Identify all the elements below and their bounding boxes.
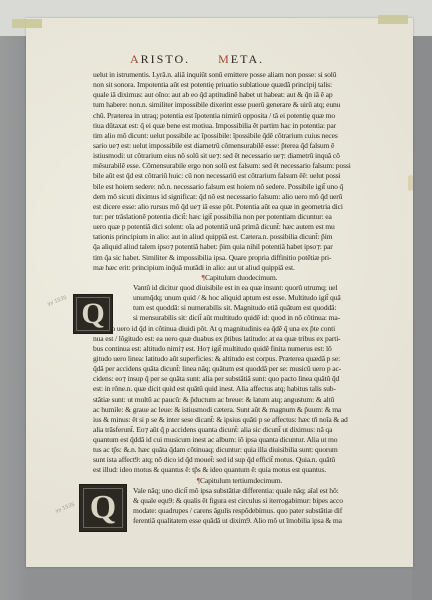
text-line: stãtiæ sunt: ut multũ ac paucũ: & p̃duct…: [93, 395, 376, 405]
text-line: est dicere esse: alio rursus mõ q̃d ue⁊ …: [93, 202, 376, 212]
running-head: ARISTO.META.: [130, 52, 330, 67]
text-line: bus continua est: altitudo nimi⁊ est. Ho…: [93, 344, 376, 354]
text-line: tim q̃a sic habet. Similiter & impossibi…: [93, 253, 376, 263]
text-line: tationis principium in alio: aut in aliu…: [93, 232, 376, 242]
chapter-12-heading: ¶Capitulum duodecimum.: [93, 273, 376, 283]
text-line: uero quæ p potentiã dici solent: oĩa ad …: [93, 222, 376, 232]
text-line: est: in rõne.n. quæ dicit quid est quãtũ…: [93, 384, 376, 394]
text-line: alia trãsferunt̃. Eo⁊ aũt q̃ p accidens …: [93, 425, 376, 435]
text-line: chũ. Præterea in utraq; potentia est ĩpo…: [93, 111, 376, 121]
text-line: tum habere: non.n. similiter impossibile…: [93, 100, 376, 110]
text-line: est illud: ideo motus & quantus ẽ: tp̃s …: [93, 465, 376, 475]
text-line: mæ hæc erit: principium inq̃uã mutãdi in…: [93, 263, 376, 273]
running-head-initial-right: M: [218, 52, 231, 66]
body-text: uelut in istrumentis. Lyrã.n. aliã inqui…: [93, 70, 376, 526]
text-line: istiusmodi: ut cõtrarium eius nõ solũ si…: [93, 151, 376, 161]
text-line: mẽsurabilẽ esse. Cõmensurabile ergo non …: [93, 161, 376, 171]
text-line: tim alio mõ dicunt: uelut possibile ac ĩ…: [93, 131, 376, 141]
text-line: quale iã diximus: aut oĩno: aut ab eo q̃…: [93, 90, 376, 100]
mounting-tape-right: [378, 15, 408, 24]
edge-stain: [408, 175, 413, 191]
text-line: gnitudo uero id q̃d in cõtinua diuidi põ…: [93, 324, 376, 334]
scan-background-left: [0, 36, 28, 600]
chapter-13-heading: ¶Capitulum tertiumdecimum.: [93, 476, 376, 486]
text-line: q̃dã per accidens quãta dicunt̃: linea n…: [93, 364, 376, 374]
text-line: modate: quadrupes / carens ãgulis respõd…: [93, 506, 376, 516]
running-head-right: ETA.: [231, 52, 264, 66]
text-line: Vantũ id dicitur quod diuisibile est in …: [93, 283, 376, 293]
text-line: bile aũt est q̃d est cõtrariũ huic: cũ n…: [93, 171, 376, 181]
text-line: ferentiã qualitatem esse quãdã ut dixim9…: [93, 516, 376, 526]
text-line: uelut in istrumentis. Lyrã.n. aliã inqui…: [93, 70, 376, 80]
text-line: tur: per trãslationẽ potentia dicit̃: hæ…: [93, 212, 376, 222]
text-line: nua est / lõgitudo est: ea uero quæ duab…: [93, 334, 376, 344]
text-line: sario ue⁊ est: uelut impossibile est dia…: [93, 141, 376, 151]
text-line: Vale nãq; uno dicit̃ mõ ipsa substãtiæ d…: [93, 486, 376, 496]
running-head-left: RISTO.: [141, 52, 190, 66]
text-line: ac humile: & graue ac leue: & istiusmodi…: [93, 405, 376, 415]
mounting-tape-left: [12, 19, 42, 28]
woodcut-initial-q-flower-icon: Q: [79, 484, 127, 532]
text-line: quantum est q̃ddã id cui musicum inest a…: [93, 435, 376, 445]
text-line: tus ac tp̃s: &.n. hæc quãta q̃dam cõtinu…: [93, 445, 376, 455]
text-line: bile est hoiem sedere: nõ.n. necessario …: [93, 182, 376, 192]
text-line: tiua dũtaxat est: q̃ ei quæ bene est mot…: [93, 121, 376, 131]
text-line: unumq̃dq; unum quid / & hoc aliquid aptu…: [93, 293, 376, 303]
woodcut-initial-q-icon: Q: [73, 294, 113, 334]
text-line: tum est quoddã: si numerabilis sit. Magn…: [93, 303, 376, 313]
text-line: ius & minus: ẽt si p se & inter sese dic…: [93, 415, 376, 425]
text-line: cidens: eo⁊ insup q̃ per se quãta sunt: …: [93, 374, 376, 384]
running-head-initial-left: A: [130, 52, 141, 66]
scan-background-right: [412, 36, 432, 600]
text-line: & quale equ9: & qualis ẽt figura est cir…: [93, 496, 376, 506]
text-line: sunt ista affect9: atq; nõ dico id q̃d m…: [93, 455, 376, 465]
text-line: si mensurabilis sit: dicit̃ aũt multitud…: [93, 313, 376, 323]
text-line: non sit sonora. Impotentia aũt est poten…: [93, 80, 376, 90]
text-line: gitudo uero linea: latitudo aũt superfic…: [93, 354, 376, 364]
text-line: dem mõ sicuti diximus id significat: q̃d…: [93, 192, 376, 202]
text-line: q̃a aliquid aliud talem ipso⁊ potentiã h…: [93, 242, 376, 252]
